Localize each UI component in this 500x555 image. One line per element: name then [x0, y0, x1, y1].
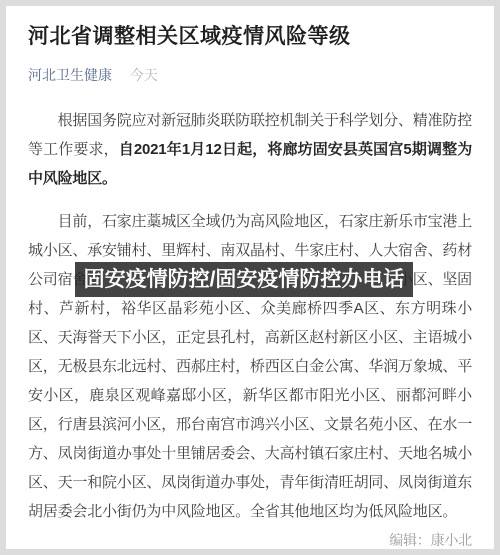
paragraph-2: 目前，石家庄藁城区全域仍为高风险地区，石家庄新乐市宝港上 城小区、承安铺村、里辉…: [28, 207, 472, 526]
article-page: 河北省调整相关区域疫情风险等级 河北卫生健康 今天 根据国务院应对新冠肺炎联防联…: [0, 0, 500, 555]
paragraph-1: 根据国务院应对新冠肺炎联防联控机制关于科学划分、精准防控 等工作要求，自2021…: [28, 106, 472, 193]
p1-line2-bold: 自2021年1月12日起，将廊坊固安县英国宫5期调整为: [119, 141, 472, 158]
watermark-text: 固安疫情防控/固安疫情防控办电话: [84, 265, 405, 294]
paragraph-2-line-6: 区，无极县东北远村、西郝庄村，桥西区白金公寓、华润万象城、平: [28, 352, 472, 381]
article-title: 河北省调整相关区域疫情风险等级: [28, 22, 472, 52]
paragraph-2-line-9: 方、凤岗街道办事处十里铺居委会、大高村镇石家庄村、天地名城小: [28, 439, 472, 468]
publish-date: 今天: [130, 67, 158, 83]
editor-credit: 编辑：康小北: [28, 530, 472, 550]
paragraph-2-line-10: 区、天一和院小区、凤岗街道办事处，青年街清旺胡同、凤岗街道东: [28, 468, 472, 497]
p1-line2-normal: 等工作要求，: [28, 141, 119, 158]
paragraph-2-line-11: 胡居委会北小街仍为中风险地区。全省其他地区均为低风险地区。: [28, 497, 472, 526]
article-body: 根据国务院应对新冠肺炎联防联控机制关于科学划分、精准防控 等工作要求，自2021…: [28, 106, 472, 550]
paragraph-2-line-7: 安小区，鹿泉区观峰嘉邸小区，新华区都市阳光小区、丽都河畔小: [28, 381, 472, 410]
source-account-link[interactable]: 河北卫生健康: [28, 67, 112, 83]
paragraph-1-line-1: 根据国务院应对新冠肺炎联防联控机制关于科学划分、精准防控: [28, 106, 472, 135]
paragraph-2-line-2: 城小区、承安铺村、里辉村、南双晶村、牛家庄村、人大宿舍、药材: [28, 236, 472, 265]
paragraph-1-line-3: 中风险地区。: [28, 164, 472, 193]
paragraph-2-line-3-obscured: 公司宿舍 小区、坚固 固安疫情防控/固安疫情防控办电话: [28, 265, 472, 294]
paragraph-1-line-2: 等工作要求，自2021年1月12日起，将廊坊固安县英国宫5期调整为: [28, 135, 472, 164]
paragraph-2-line-5: 区、天海誉天下小区，正定县孔村，高新区赵村新区小区、主语城小: [28, 323, 472, 352]
paragraph-2-line-4: 村、芦新村，裕华区晶彩苑小区、众美廊桥四季A区、东方明珠小: [28, 294, 472, 323]
paragraph-2-line-8: 区，行唐县滨河小区，邢台南宫市鸿兴小区、文景名苑小区、在水一: [28, 410, 472, 439]
p1-line3-bold: 中风险地区。: [28, 170, 117, 187]
paragraph-2-line-1: 目前，石家庄藁城区全域仍为高风险地区，石家庄新乐市宝港上: [28, 207, 472, 236]
watermark-banner: 固安疫情防控/固安疫情防控办电话: [75, 262, 413, 297]
byline: 河北卫生健康 今天: [28, 66, 472, 84]
